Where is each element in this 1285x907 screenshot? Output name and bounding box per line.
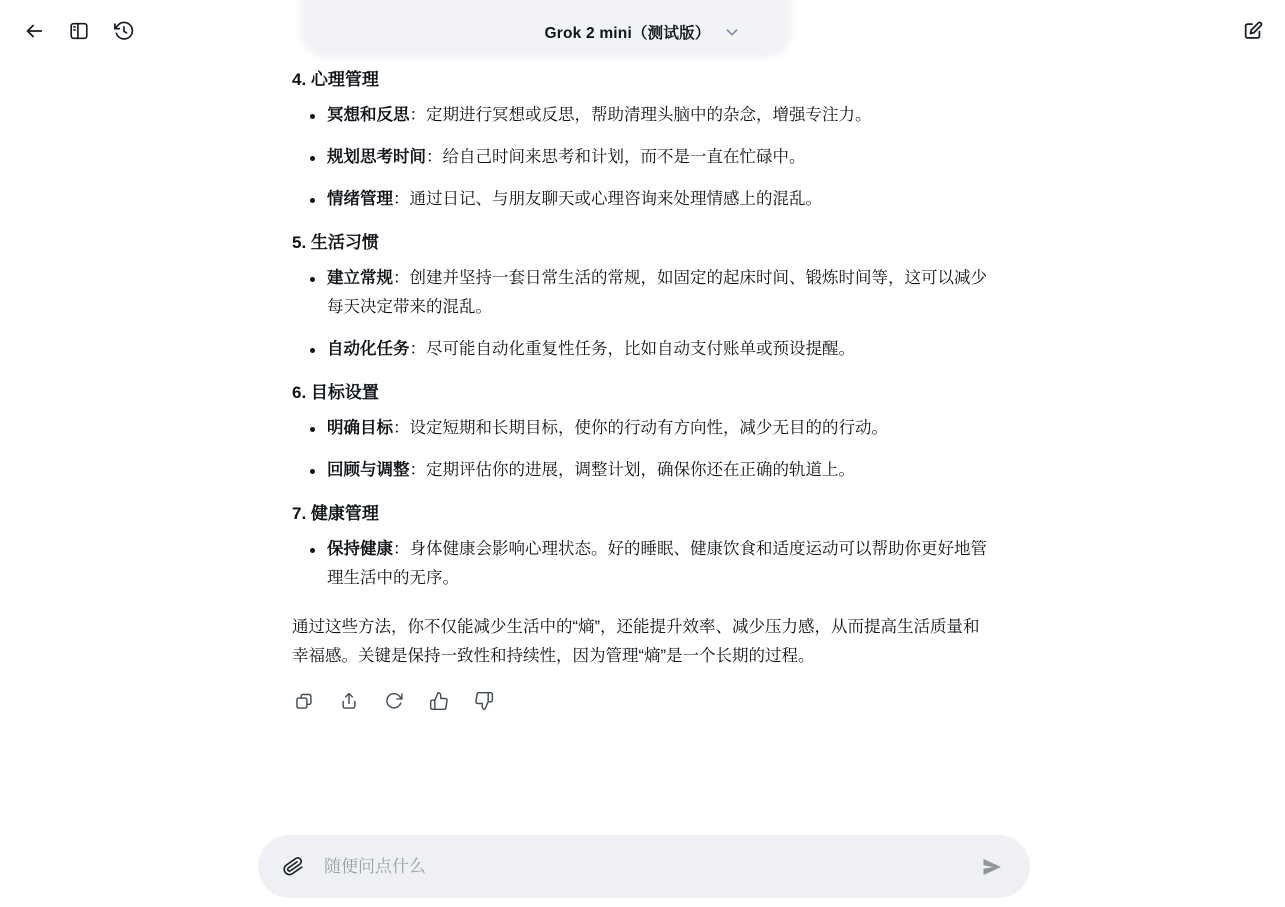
bullet-item: 建立常规：创建并坚持一套日常生活的常规，如固定的起床时间、锻炼时间等，这可以减少…	[327, 264, 988, 322]
bullet-term: 情绪管理	[327, 190, 393, 208]
bullet-desc: ：创建并坚持一套日常生活的常规，如固定的起床时间、锻炼时间等，这可以减少每天决定…	[327, 269, 987, 316]
thumbs-down-button[interactable]	[474, 691, 494, 711]
chat-input[interactable]	[322, 856, 962, 878]
message-actions	[294, 691, 988, 711]
bullet-item: 回顾与调整：定期评估你的进展，调整计划，确保你还在正确的轨道上。	[327, 456, 988, 485]
bullet-term: 规划思考时间	[327, 148, 426, 166]
bullet-item: 情绪管理：通过日记、与朋友聊天或心理咨询来处理情感上的混乱。	[327, 185, 988, 214]
history-icon	[113, 20, 135, 45]
bullet-desc: ：通过日记、与朋友聊天或心理咨询来处理情感上的混乱。	[393, 190, 822, 208]
bullet-term: 冥想和反思	[327, 106, 410, 124]
regenerate-button[interactable]	[384, 691, 404, 711]
section-heading: 7. 健康管理	[292, 501, 988, 527]
section-heading: 5. 生活习惯	[292, 230, 988, 256]
regenerate-icon	[384, 691, 404, 711]
assistant-message: 4. 心理管理 冥想和反思：定期进行冥想或反思，帮助清理头脑中的杂念，增强专注力…	[292, 58, 988, 711]
bullet-term: 保持健康	[327, 540, 393, 558]
composer-bar[interactable]	[258, 835, 1030, 898]
send-button[interactable]	[980, 854, 1006, 880]
new-chat-button[interactable]	[1241, 20, 1265, 44]
back-button[interactable]	[22, 20, 46, 44]
bullet-term: 建立常规	[327, 269, 393, 287]
bullet-desc: ：尽可能自动化重复性任务，比如自动支付账单或预设提醒。	[410, 340, 856, 358]
model-selector[interactable]: Grok 2 mini（测试版）	[545, 21, 741, 43]
closing-paragraph: 通过这些方法，你不仅能减少生活中的“熵”，还能提升效率、减少压力感，从而提高生活…	[292, 613, 988, 671]
section-6: 6. 目标设置 明确目标：设定短期和长期目标，使你的行动有方向性，减少无目的的行…	[292, 380, 988, 485]
sidebar-icon	[68, 20, 90, 45]
share-icon	[339, 691, 359, 711]
bullet-desc: ：定期进行冥想或反思，帮助清理头脑中的杂念，增强专注力。	[410, 106, 872, 124]
sidebar-toggle-button[interactable]	[67, 20, 91, 44]
bullet-item: 自动化任务：尽可能自动化重复性任务，比如自动支付账单或预设提醒。	[327, 335, 988, 364]
compose-icon	[1242, 20, 1264, 45]
section-5: 5. 生活习惯 建立常规：创建并坚持一套日常生活的常规，如固定的起床时间、锻炼时…	[292, 230, 988, 364]
attach-button[interactable]	[282, 856, 304, 878]
section-4: 4. 心理管理 冥想和反思：定期进行冥想或反思，帮助清理头脑中的杂念，增强专注力…	[292, 67, 988, 214]
bullet-term: 回顾与调整	[327, 461, 410, 479]
paperclip-icon	[283, 865, 304, 880]
section-heading: 6. 目标设置	[292, 380, 988, 406]
bullet-term: 自动化任务	[327, 340, 410, 358]
thumbs-up-icon	[429, 691, 449, 711]
share-button[interactable]	[339, 691, 359, 711]
bullet-item: 明确目标：设定短期和长期目标，使你的行动有方向性，减少无目的的行动。	[327, 414, 988, 443]
header: Grok 2 mini（测试版）	[0, 0, 1285, 64]
bullet-term: 明确目标	[327, 419, 393, 437]
chevron-down-icon	[724, 24, 740, 40]
bullet-desc: ：定期评估你的进展，调整计划，确保你还在正确的轨道上。	[410, 461, 856, 479]
section-7: 7. 健康管理 保持健康：身体健康会影响心理状态。好的睡眠、健康饮食和适度运动可…	[292, 501, 988, 593]
model-title: Grok 2 mini（测试版）	[545, 21, 711, 43]
bullet-desc: ：身体健康会影响心理状态。好的睡眠、健康饮食和适度运动可以帮助你更好地管理生活中…	[327, 540, 987, 587]
bullet-desc: ：设定短期和长期目标，使你的行动有方向性，减少无目的的行动。	[393, 419, 888, 437]
thumbs-down-icon	[474, 691, 494, 711]
bullet-item: 保持健康：身体健康会影响心理状态。好的睡眠、健康饮食和适度运动可以帮助你更好地管…	[327, 535, 988, 593]
bullet-item: 规划思考时间：给自己时间来思考和计划，而不是一直在忙碌中。	[327, 143, 988, 172]
bullet-desc: ：给自己时间来思考和计划，而不是一直在忙碌中。	[426, 148, 806, 166]
thumbs-up-button[interactable]	[429, 691, 449, 711]
copy-icon	[294, 691, 314, 711]
copy-button[interactable]	[294, 691, 314, 711]
bullet-item: 冥想和反思：定期进行冥想或反思，帮助清理头脑中的杂念，增强专注力。	[327, 101, 988, 130]
send-arrow-icon	[980, 855, 1006, 879]
history-button[interactable]	[112, 20, 136, 44]
back-arrow-icon	[23, 20, 45, 45]
section-heading: 4. 心理管理	[292, 67, 988, 93]
